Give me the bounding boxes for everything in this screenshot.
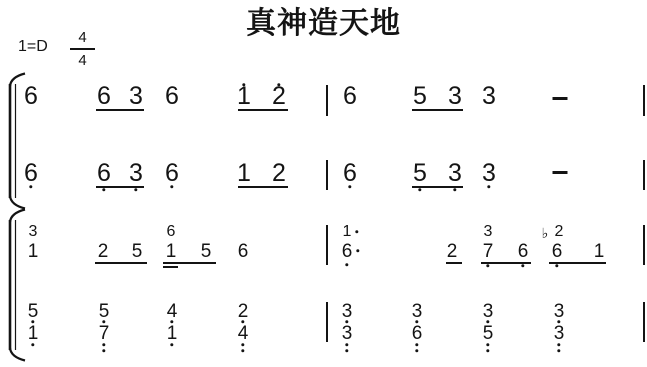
octave-dot [348, 185, 351, 188]
note: 1 [237, 161, 251, 186]
octave-dot [170, 343, 173, 346]
note: 6 [167, 224, 176, 240]
sheet-music-page: 1=D 4 4 真神造天地 66361265336636126533361321… [0, 0, 647, 367]
system-bracket-icon [4, 72, 34, 210]
octave-dot [486, 343, 489, 346]
sustain-dash [553, 171, 568, 174]
octave-dot [555, 264, 558, 267]
note: 6 [97, 84, 111, 109]
beam-underline [481, 262, 531, 264]
note: 3 [342, 302, 353, 321]
barline [326, 225, 328, 265]
barline [643, 302, 645, 342]
octave-dot [102, 188, 105, 191]
note: 2 [272, 84, 286, 109]
note: 1 [167, 324, 178, 343]
note: 3 [484, 224, 493, 240]
note: 5 [413, 84, 427, 109]
note: 6 [343, 84, 357, 109]
octave-dot [486, 264, 489, 267]
octave-dot [170, 185, 173, 188]
note: 2 [272, 161, 286, 186]
note: 4 [238, 324, 249, 343]
barline [643, 225, 645, 265]
note: 6 [552, 242, 563, 261]
beam-underline [163, 266, 178, 268]
note: 6 [342, 242, 353, 261]
octave-dot [102, 349, 105, 352]
note: 3 [412, 302, 423, 321]
note: 5 [99, 302, 110, 321]
note: 3 [342, 324, 353, 343]
sustain-dash [553, 97, 568, 100]
barline [643, 160, 645, 190]
octave-dot [418, 188, 421, 191]
note: 5 [201, 242, 212, 261]
beam-underline [549, 262, 606, 264]
octave-dot [521, 264, 524, 267]
octave-dot [241, 349, 244, 352]
note: 3 [448, 161, 462, 186]
note: 3 [129, 161, 143, 186]
beam-underline [238, 186, 288, 188]
flat-icon: ♭ [542, 226, 549, 240]
octave-dot [134, 188, 137, 191]
note: 1 [343, 224, 352, 240]
note: 5 [483, 324, 494, 343]
note: 3 [482, 161, 496, 186]
barline [643, 85, 645, 116]
octave-dot [415, 343, 418, 346]
note: 3 [554, 302, 565, 321]
note: 2 [447, 242, 458, 261]
beam-underline [96, 109, 144, 111]
octave-dot [557, 343, 560, 346]
note: 2 [98, 242, 109, 261]
octave-dot [453, 188, 456, 191]
octave-dot [557, 349, 560, 352]
beam-underline [446, 262, 462, 264]
barline [326, 85, 328, 116]
octave-dot [486, 349, 489, 352]
note: 5 [132, 242, 143, 261]
beam-underline [95, 262, 147, 264]
note: 3 [482, 84, 496, 109]
note: 7 [483, 242, 494, 261]
note: 1 [237, 84, 251, 109]
note: 2 [238, 302, 249, 321]
note: 7 [99, 324, 110, 343]
note: 6 [343, 161, 357, 186]
note: 6 [165, 84, 179, 109]
note: 6 [518, 242, 529, 261]
note: 3 [483, 302, 494, 321]
note: 2 [555, 224, 564, 240]
barline [326, 302, 328, 342]
beam-underline [163, 262, 216, 264]
score-area: 6636126533663612653336132125156627661♭55… [0, 0, 647, 367]
note: 5 [413, 161, 427, 186]
octave-dot [355, 230, 358, 233]
note: 3 [129, 84, 143, 109]
note: 6 [97, 161, 111, 186]
octave-dot [345, 343, 348, 346]
octave-dot [102, 343, 105, 346]
beam-underline [238, 109, 288, 111]
note: 1 [166, 242, 177, 261]
octave-dot [356, 249, 359, 252]
barline [326, 160, 328, 190]
note: 6 [238, 242, 249, 261]
system-bracket-icon [4, 208, 34, 362]
octave-dot [487, 185, 490, 188]
note: 3 [554, 324, 565, 343]
note: 6 [165, 161, 179, 186]
note: 3 [448, 84, 462, 109]
note: 1 [594, 242, 605, 261]
note: 4 [167, 302, 178, 321]
beam-underline [412, 109, 463, 111]
octave-dot [345, 349, 348, 352]
octave-dot [345, 263, 348, 266]
octave-dot [415, 349, 418, 352]
octave-dot [241, 343, 244, 346]
note: 6 [412, 324, 423, 343]
